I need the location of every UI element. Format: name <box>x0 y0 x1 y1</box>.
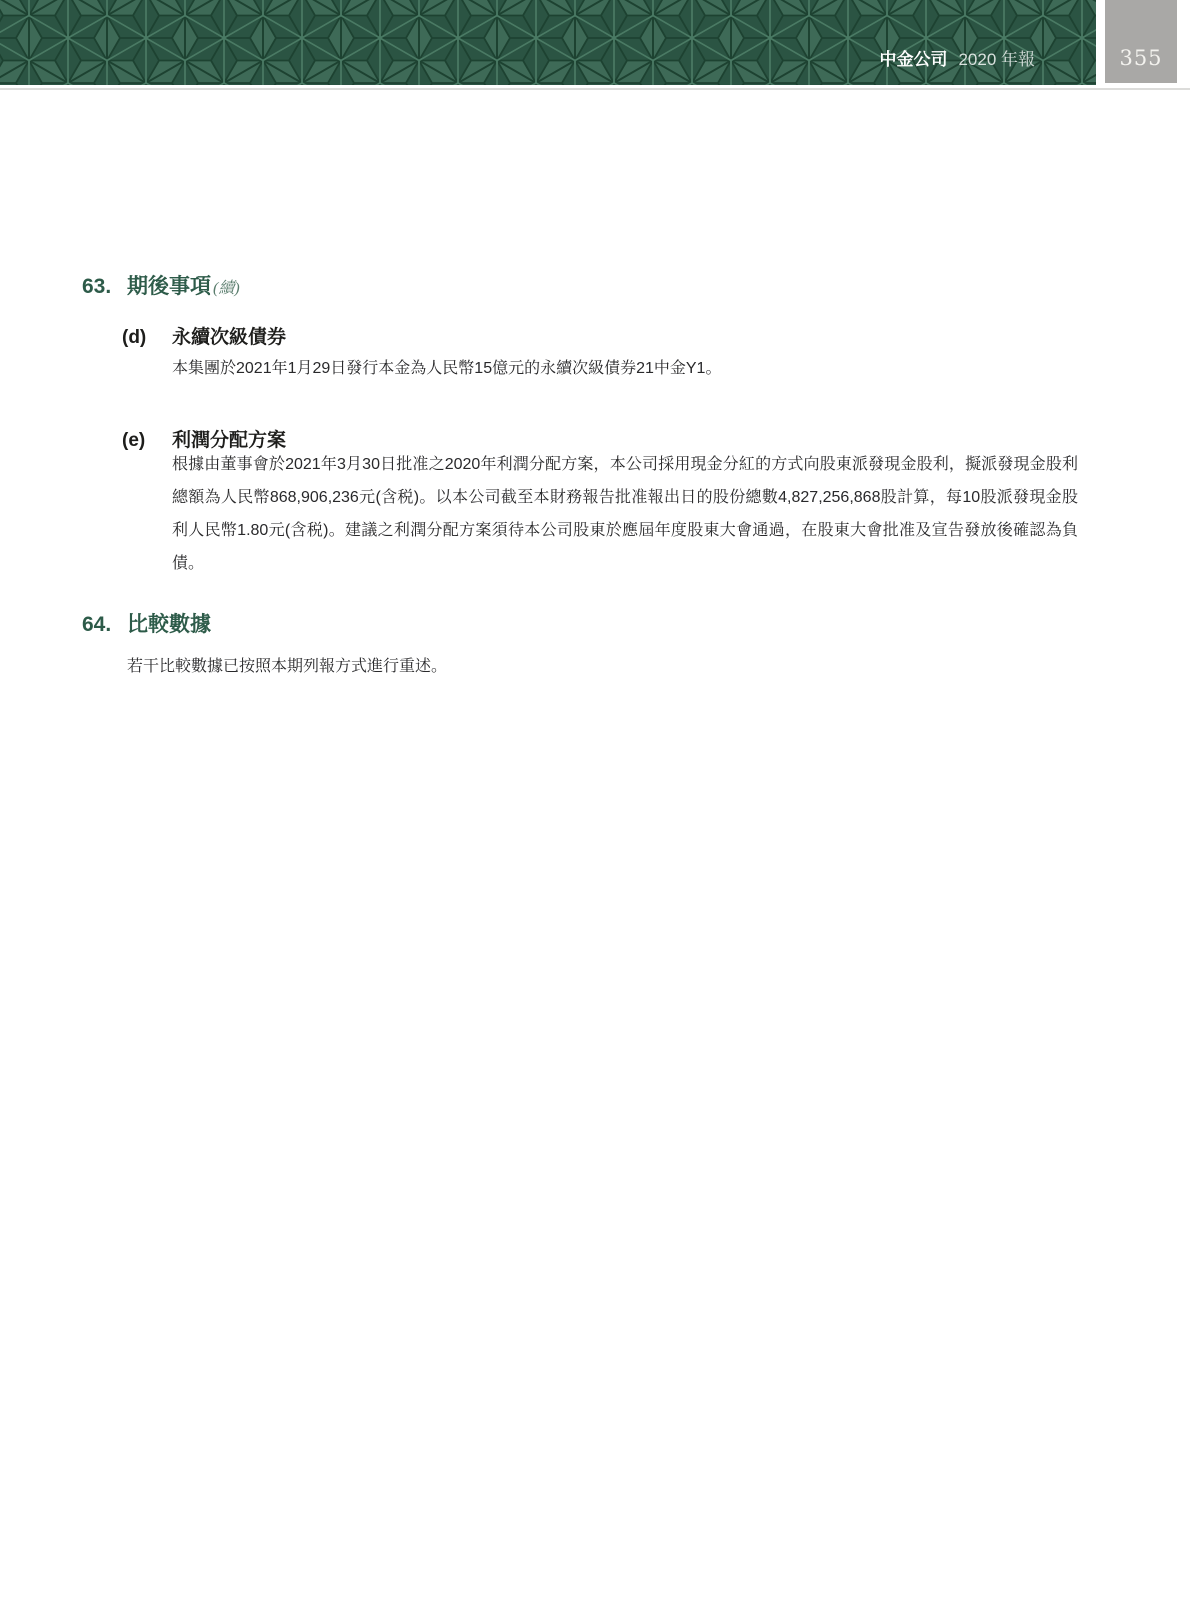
section-number: 64. <box>82 611 127 639</box>
section-64-heading: 64.比較數據 <box>82 611 211 639</box>
section-title-suffix: (續) <box>213 280 240 297</box>
report-page: 中金公司2020 年報 355 63.期後事項(續) (d)永續次級債券 本集團… <box>0 0 1190 1615</box>
subsection-label: (d) <box>122 325 172 351</box>
page-number: 355 <box>1119 48 1162 69</box>
header-divider <box>0 88 1190 90</box>
section-number: 63. <box>82 273 127 301</box>
section-title: 期後事項 <box>127 275 211 298</box>
section-63-heading: 63.期後事項(續) <box>82 273 240 303</box>
report-brand: 中金公司2020 年報 <box>879 48 1035 72</box>
company-name: 中金公司 <box>879 50 947 69</box>
section-title: 比較數據 <box>127 613 211 636</box>
section-64-paragraph: 若干比較數據已按照本期列報方式進行重述。 <box>127 650 1078 683</box>
subsection-d-heading: (d)永續次級債券 <box>122 325 286 351</box>
asanoha-pattern-icon <box>0 0 1096 85</box>
subsection-d-paragraph: 本集團於2021年1月29日發行本金為人民幣15億元的永續次級債券21中金Y1。 <box>172 352 1078 385</box>
page-number-box: 355 <box>1105 0 1177 83</box>
report-year: 2020 年報 <box>958 50 1035 69</box>
subsection-title: 永續次級債券 <box>172 327 286 348</box>
subsection-e-paragraph: 根據由董事會於2021年3月30日批准之2020年利潤分配方案，本公司採用現金分… <box>172 448 1078 580</box>
subsection-label: (e) <box>122 428 172 454</box>
header-band: 中金公司2020 年報 <box>0 0 1096 85</box>
